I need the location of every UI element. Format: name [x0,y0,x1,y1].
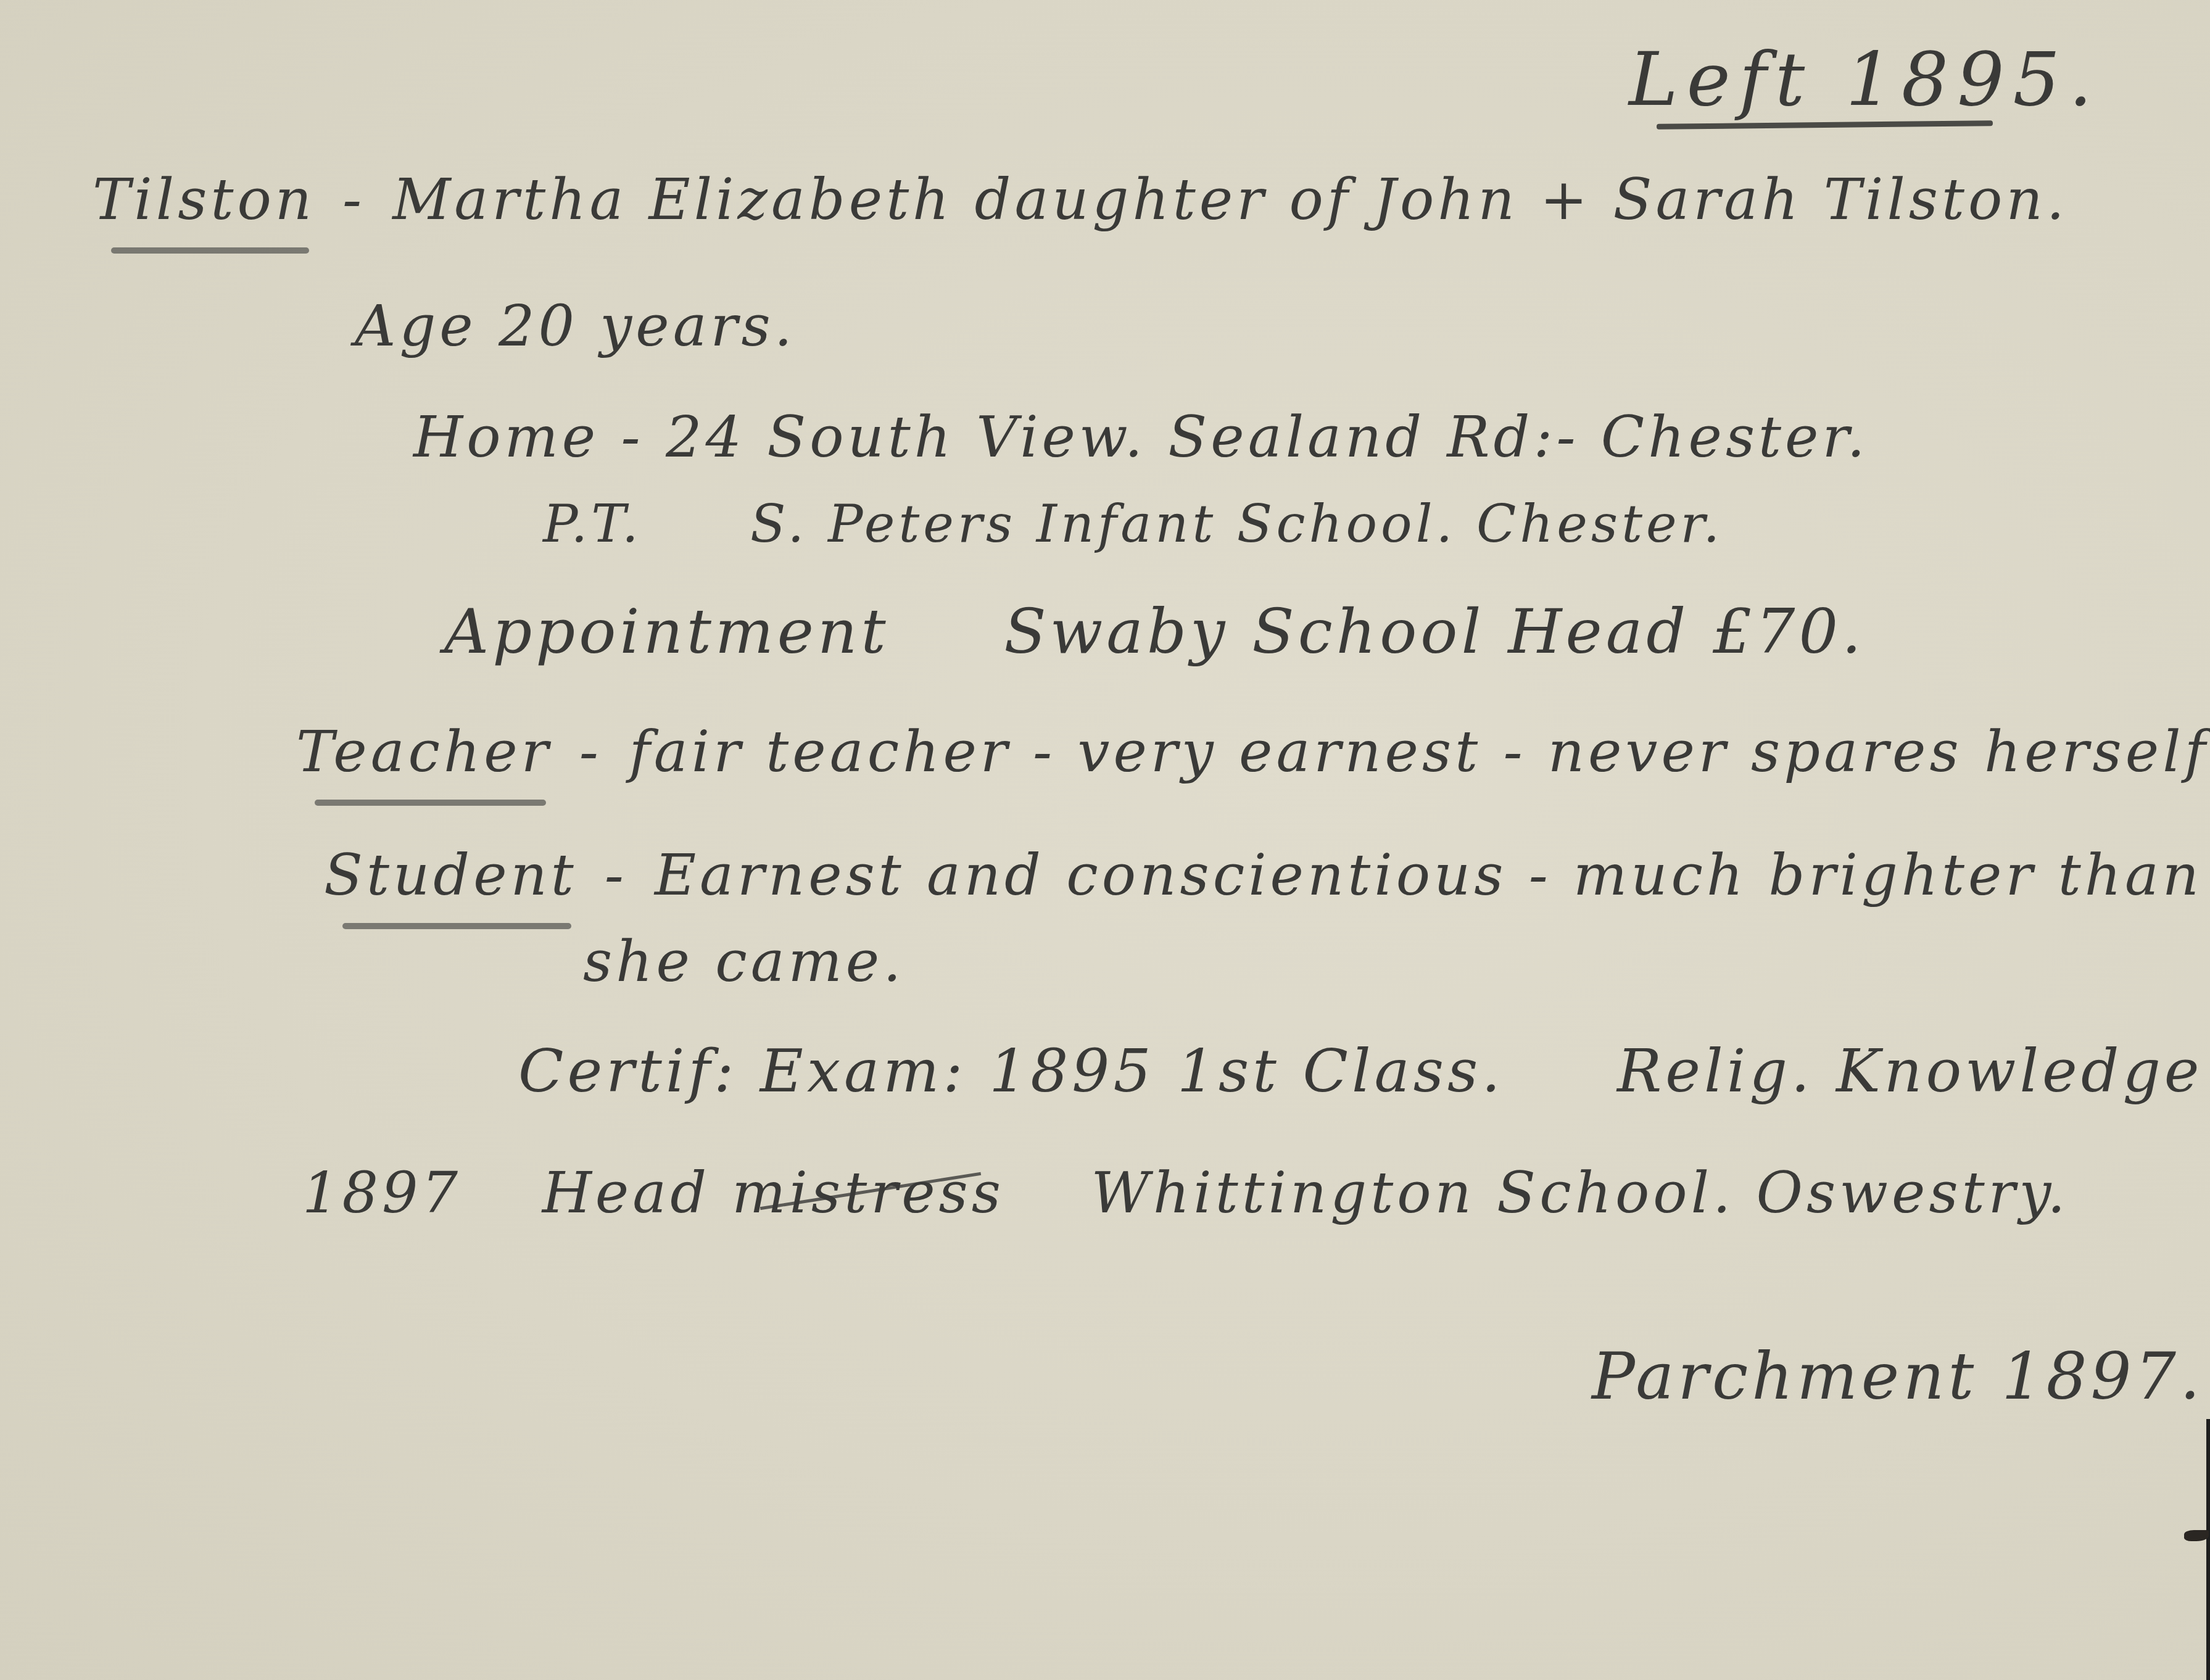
ink-blot [2184,1530,2209,1541]
student-line: Student-Earnest and conscientious - much… [324,842,2210,908]
dash: - [342,167,365,233]
pt-school: S. Peters Infant School. Chester. [750,494,1723,554]
surname-label: Tilston [93,167,315,233]
pt-label: P.T. [543,494,642,554]
document-page: Left 1895. Tilston-Martha Elizabeth daug… [0,0,2210,1680]
student-assessment-continued: she came. [583,929,904,995]
home-address: - 24 South View. Sealand Rd:- Chester. [621,404,1869,470]
age-line: Age 20 years. [355,293,796,359]
teacher-label: Teacher [296,719,552,785]
religious-knowledge: Relig. Knowledge 1st class [1617,1037,2210,1106]
later-appointment-line: 1897 Head mistress Whittington School. O… [302,1160,2069,1226]
teacher-line: Teacher-fair teacher - very earnest - ne… [296,719,2209,785]
later-school: Whittington School. Oswestry. [1091,1160,2069,1226]
appointment-label: Appointment [444,595,890,668]
pupil-teacher-line: P.T. S. Peters Infant School. Chester. [543,494,1723,554]
appointment-line: Appointment Swaby School Head £70. [444,595,1865,668]
teacher-assessment: fair teacher - very earnest - never spar… [629,719,2209,785]
full-name-and-parents: Martha Elizabeth daughter of John + Sara… [392,167,2068,233]
home-line: Home - 24 South View. Sealand Rd:- Chest… [413,404,1869,470]
later-year: 1897 [302,1160,461,1226]
certificate-line: Certif: Exam: 1895 1st Class. Relig. Kno… [518,1037,2210,1106]
student-assessment: Earnest and conscientious - much brighte… [655,842,2210,908]
certificate-exam: Certif: Exam: 1895 1st Class. [518,1037,1504,1106]
student-label: Student [324,842,577,908]
home-label: Home [413,404,599,470]
later-role-struck: mistress [732,1160,1004,1226]
later-role: Head [542,1160,710,1226]
name-line: Tilston-Martha Elizabeth daughter of Joh… [93,167,2068,233]
parchment-line: Parchment 1897. [1592,1339,2204,1414]
page-binding-edge [2206,1419,2210,1680]
appointment-value: Swaby School Head £70. [1004,595,1865,668]
header-left-year: Left 1895. [1629,37,2101,123]
